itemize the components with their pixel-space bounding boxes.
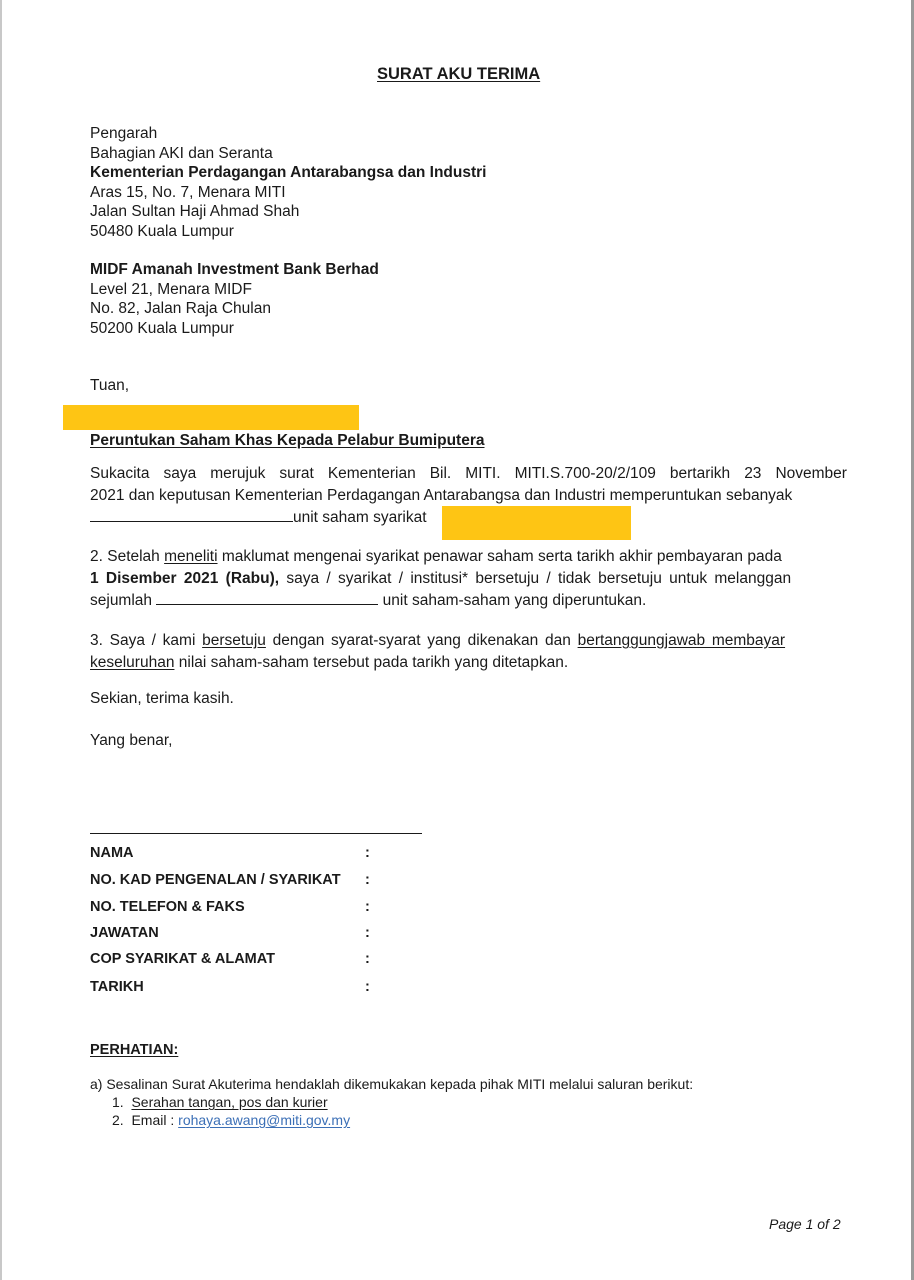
sign-off-text: Yang benar, <box>90 731 172 751</box>
field-label-date: TARIKH <box>90 979 144 995</box>
paragraph-1-line-2: 2021 dan keputusan Kementerian Perdagang… <box>90 485 847 507</box>
word: Kementerian <box>328 463 416 485</box>
page-left-edge <box>0 0 2 1280</box>
paragraph-3: 3. Saya / kami bersetuju dengan syarat-s… <box>90 630 847 674</box>
salutation: Tuan, <box>90 376 129 396</box>
unit-text: unit saham syarikat <box>293 509 427 526</box>
allocation-amount-blank[interactable] <box>90 507 293 522</box>
field-label-position: JAWATAN <box>90 925 159 941</box>
field-colon: : <box>365 872 370 888</box>
field-label-phone-fax: NO. TELEFON & FAKS <box>90 899 245 915</box>
address-line: Aras 15, No. 7, Menara MITI <box>90 183 486 203</box>
underlined-term: keseluruhan <box>90 654 174 671</box>
subject-line: Peruntukan Saham Khas Kepada Pelabur Bum… <box>90 432 485 450</box>
paragraph-1-line-1: SukacitasayamerujuksuratKementerianBil.M… <box>90 463 847 485</box>
paragraph-2: 2. Setelah meneliti maklumat mengenai sy… <box>90 546 847 612</box>
address-line: 50200 Kuala Lumpur <box>90 319 379 339</box>
document-title: SURAT AKU TERIMA <box>377 65 540 84</box>
paragraph-2-line-2: 1 Disember 2021 (Rabu), saya / syarikat … <box>90 568 847 590</box>
email-link[interactable]: rohaya.awang@miti.gov.my <box>178 1112 350 1128</box>
address-line-organization: MIDF Amanah Investment Bank Berhad <box>90 260 379 280</box>
field-colon: : <box>365 845 370 861</box>
redaction-block <box>63 405 359 430</box>
word: Sukacita <box>90 463 149 485</box>
word: Bil. <box>430 463 452 485</box>
address-line: Level 21, Menara MIDF <box>90 280 379 300</box>
recipient-address-midf: MIDF Amanah Investment Bank Berhad Level… <box>90 260 379 338</box>
paragraph-3-line-2: keseluruhan nilai saham-saham tersebut p… <box>90 652 847 674</box>
address-line: Pengarah <box>90 124 486 144</box>
word: November <box>775 463 847 485</box>
word: surat <box>279 463 313 485</box>
underlined-term: bersetuju <box>202 632 266 649</box>
field-label-company-stamp: COP SYARIKAT & ALAMAT <box>90 951 275 967</box>
note-sub-item-1: 1. Serahan tangan, pos dan kurier <box>112 1094 328 1110</box>
note-sub-item-2: 2. Email : rohaya.awang@miti.gov.my <box>112 1112 350 1128</box>
word: MITI. <box>465 463 500 485</box>
paragraph-2-line-3: sejumlah unit saham-saham yang diperuntu… <box>90 590 847 612</box>
recipient-address-miti: Pengarah Bahagian AKI dan Seranta Kement… <box>90 124 486 241</box>
redaction-block <box>442 506 631 540</box>
page-number: Page 1 of 2 <box>769 1216 841 1232</box>
address-line: Bahagian AKI dan Seranta <box>90 144 486 164</box>
paragraph-3-line-1: 3. Saya / kami bersetuju dengan syarat-s… <box>90 630 847 652</box>
address-line: 50480 Kuala Lumpur <box>90 222 486 242</box>
field-label-id-number: NO. KAD PENGENALAN / SYARIKAT <box>90 872 341 888</box>
field-colon: : <box>365 951 370 967</box>
signature-line[interactable] <box>90 833 422 834</box>
underlined-term: meneliti <box>164 548 217 565</box>
subscription-amount-blank[interactable] <box>156 590 378 605</box>
address-line: No. 82, Jalan Raja Chulan <box>90 299 379 319</box>
word: 23 <box>744 463 761 485</box>
word: bertarikh <box>670 463 730 485</box>
field-colon: : <box>365 979 370 995</box>
word: MITI.S.700-20/2/109 <box>515 463 656 485</box>
notes-title: PERHATIAN: <box>90 1042 178 1058</box>
field-label-name: NAMA <box>90 845 134 861</box>
closing-text: Sekian, terima kasih. <box>90 689 234 709</box>
address-line-organization: Kementerian Perdagangan Antarabangsa dan… <box>90 163 486 183</box>
word: saya <box>163 463 196 485</box>
payment-deadline: 1 Disember 2021 (Rabu), <box>90 570 279 587</box>
note-item-a: a) Sesalinan Surat Akuterima hendaklah d… <box>90 1076 693 1092</box>
word: merujuk <box>210 463 265 485</box>
underlined-term: bertanggungjawab membayar <box>578 632 785 649</box>
field-colon: : <box>365 899 370 915</box>
field-colon: : <box>365 925 370 941</box>
address-line: Jalan Sultan Haji Ahmad Shah <box>90 202 486 222</box>
paragraph-2-line-1: 2. Setelah meneliti maklumat mengenai sy… <box>90 546 847 568</box>
